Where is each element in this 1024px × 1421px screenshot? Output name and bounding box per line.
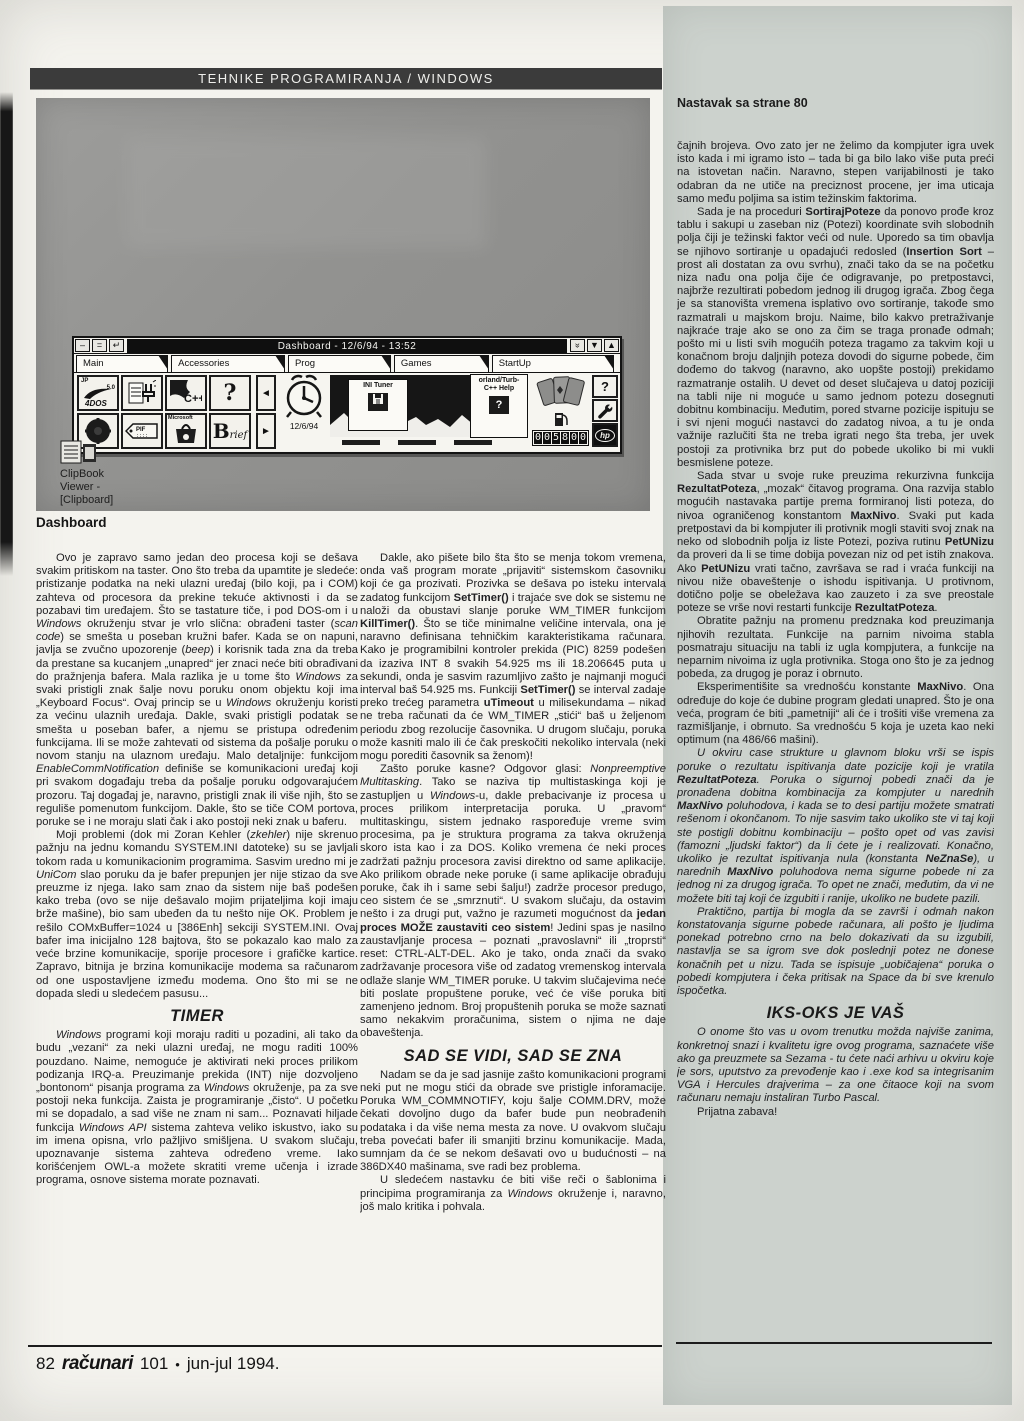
footer-page-number: 82 <box>36 1354 55 1374</box>
paragraph-col3-4: Obratite pažnju na promenu predznaka kod… <box>677 615 994 681</box>
alarm-clock-icon <box>282 374 326 420</box>
paragraph-col3-8: O onome što vas u ovom trenutku možda na… <box>677 1026 994 1105</box>
dashboard-window: – = ↵ Dashboard - 12/6/94 - 13:52 » ▼ ▲ … <box>72 336 622 454</box>
window-control-up-icon: ▲ <box>604 339 619 352</box>
footer-magazine-name: računari <box>62 1353 133 1375</box>
counter-digit: 0 <box>534 432 542 444</box>
cpp-icon: C++ <box>165 375 207 411</box>
article-column-2: Dakle, ako pišete bilo šta što se menja … <box>360 552 666 1334</box>
tab-games: Games <box>394 355 489 372</box>
borland-help-title-line1: orland/Turb- <box>471 375 527 385</box>
panel-taskbar-strip <box>330 439 538 447</box>
dashboard-body: JP 5.0 4DOS <box>74 373 620 451</box>
panel-nav-arrows: ◄ ► <box>256 375 276 449</box>
ini-tuner-title: INI Tuner <box>349 380 407 390</box>
paragraph-col3-7: Praktično, partija bi mogla da se završi… <box>677 906 994 998</box>
microsoft-bag-icon: Microsoft <box>165 413 207 449</box>
taskbar-segment <box>454 440 492 445</box>
clipbook-desktop-icon: ClipBook Viewer - [Clipboard] <box>60 438 150 507</box>
paragraph-col1-1: Ovo je zapravo samo jedan deo procesa ko… <box>36 552 358 829</box>
magazine-page: TEHNIKE PROGRAMIRANJA / WINDOWS LOGIČKE … <box>0 0 1024 1421</box>
brief-icon: B rief <box>209 413 251 449</box>
continued-from-note: Nastavak sa strane 80 <box>677 96 977 110</box>
paragraph-col3-5: Eksperimentišite sa vrednošću konstante … <box>677 681 994 747</box>
fuel-pump-icon <box>554 411 568 427</box>
subheading-iks-oks: IKS-OKS JE VAŠ <box>677 1007 994 1020</box>
paragraph-col3-closing: Prijatna zabava! <box>677 1106 994 1119</box>
window-control-return: ↵ <box>109 339 124 352</box>
page-footer: 82 računari 101 • jun-jul 1994. <box>36 1353 279 1375</box>
section-header-windows: TEHNIKE PROGRAMIRANJA / WINDOWS <box>30 68 662 89</box>
dashboard-side-buttons: ? hp <box>592 375 618 447</box>
jp-4dos-icon: JP 5.0 4DOS <box>77 375 119 411</box>
ini-tuner-miniwindow: INI Tuner <box>348 379 408 431</box>
arrow-right-icon: ► <box>256 413 276 449</box>
paragraph-col2-3: Nadam se da je sad jasnije zašto komunik… <box>360 1069 666 1175</box>
clock-widget: 12/6/94 <box>280 374 328 450</box>
window-control-restore: = <box>92 339 107 352</box>
paragraph-col1-2: Moji problemi (dok mi Zoran Kehler (zkeh… <box>36 829 358 1001</box>
taskbar-segment <box>342 440 380 445</box>
paragraph-col3-6: U okviru case strukture u glavnom bloku … <box>677 747 994 905</box>
help-button: ? <box>592 375 618 398</box>
clipbook-label-line3: [Clipboard] <box>60 494 150 507</box>
dashboard-tabs: Main Accessories Prog Games StartUp <box>74 354 620 373</box>
hp-logo: hp <box>592 423 618 447</box>
paragraph-col3-1: čajnih brojeva. Ovo zato jer ne želimo d… <box>677 140 994 206</box>
subheading-timer: TIMER <box>36 1010 358 1023</box>
paragraph-col2-1: Dakle, ako pišete bilo šta što se menja … <box>360 552 666 763</box>
notes-plug-icon <box>121 375 163 411</box>
footer-rule <box>28 1345 662 1347</box>
figure-caption: Dashboard <box>36 515 107 530</box>
article-column-3: čajnih brojeva. Ovo zato jer ne želimo d… <box>677 140 994 1332</box>
subheading-sad-se-vidi: SAD SE VIDI, SAD SE ZNA <box>360 1050 666 1063</box>
arrow-left-icon: ◄ <box>256 375 276 411</box>
borland-help-icon: ? <box>489 396 509 414</box>
footer-date: jun-jul 1994. <box>187 1354 280 1374</box>
borland-help-title-line2: C++ Help <box>471 385 527 393</box>
dashboard-titlebar: – = ↵ Dashboard - 12/6/94 - 13:52 » ▼ ▲ <box>74 338 620 354</box>
ini-tuner-icon <box>368 393 388 411</box>
paragraph-col2-4: U sledećem nastavku će biti više reči o … <box>360 1174 666 1214</box>
paragraph-col1-3: Windows programi koji moraju raditi u po… <box>36 1029 358 1187</box>
taskbar-segment <box>398 440 436 445</box>
scan-ghost-artifact <box>126 138 486 248</box>
counter-digit: 5 <box>552 432 560 444</box>
paragraph-col3-2: Sada je na proceduri SortirajPoteze da p… <box>677 206 994 470</box>
tab-startup: StartUp <box>492 355 614 372</box>
clipbook-label-line1: ClipBook <box>60 468 150 481</box>
window-title: Dashboard - 12/6/94 - 13:52 <box>127 339 567 353</box>
footer-bullet: • <box>175 1357 180 1372</box>
section-header-windows-label: TEHNIKE PROGRAMIRANJA / WINDOWS <box>198 71 494 86</box>
playing-cards-icon <box>536 374 588 412</box>
clipbook-icon <box>60 438 98 466</box>
right-column-rule <box>676 1342 992 1344</box>
tab-accessories: Accessories <box>171 355 285 372</box>
help-icon: ? <box>209 375 251 411</box>
counter-digit: 0 <box>570 432 578 444</box>
wrench-icon <box>592 399 618 422</box>
paragraph-col2-2: Zašto poruke kasne? Odgovor glasi: Nonpr… <box>360 763 666 1040</box>
scan-shadow <box>0 92 13 576</box>
counter-digit: 0 <box>543 432 551 444</box>
counter-digit: 0 <box>579 432 587 444</box>
clock-date: 12/6/94 <box>280 421 328 431</box>
resource-counter: 0 0 5 8 0 0 <box>532 430 589 446</box>
window-control-minimize: – <box>75 339 90 352</box>
paragraph-col3-3: Sada stvar u svoje ruke preuzima rekurzi… <box>677 470 994 615</box>
dashboard-screenshot-figure: – = ↵ Dashboard - 12/6/94 - 13:52 » ▼ ▲ … <box>36 98 650 511</box>
svg-text:C++: C++ <box>184 393 202 405</box>
window-control-collapse-icon: » <box>570 339 585 352</box>
footer-issue-number: 101 <box>140 1354 168 1374</box>
borland-help-miniwindow: orland/Turb- C++ Help ? <box>470 374 528 438</box>
tab-main: Main <box>76 355 168 372</box>
tab-prog: Prog <box>288 355 391 372</box>
window-control-down-icon: ▼ <box>587 339 602 352</box>
counter-digit: 8 <box>561 432 569 444</box>
article-column-1: Ovo je zapravo samo jedan deo procesa ko… <box>36 552 358 1334</box>
clipbook-label-line2: Viewer - <box>60 481 150 494</box>
